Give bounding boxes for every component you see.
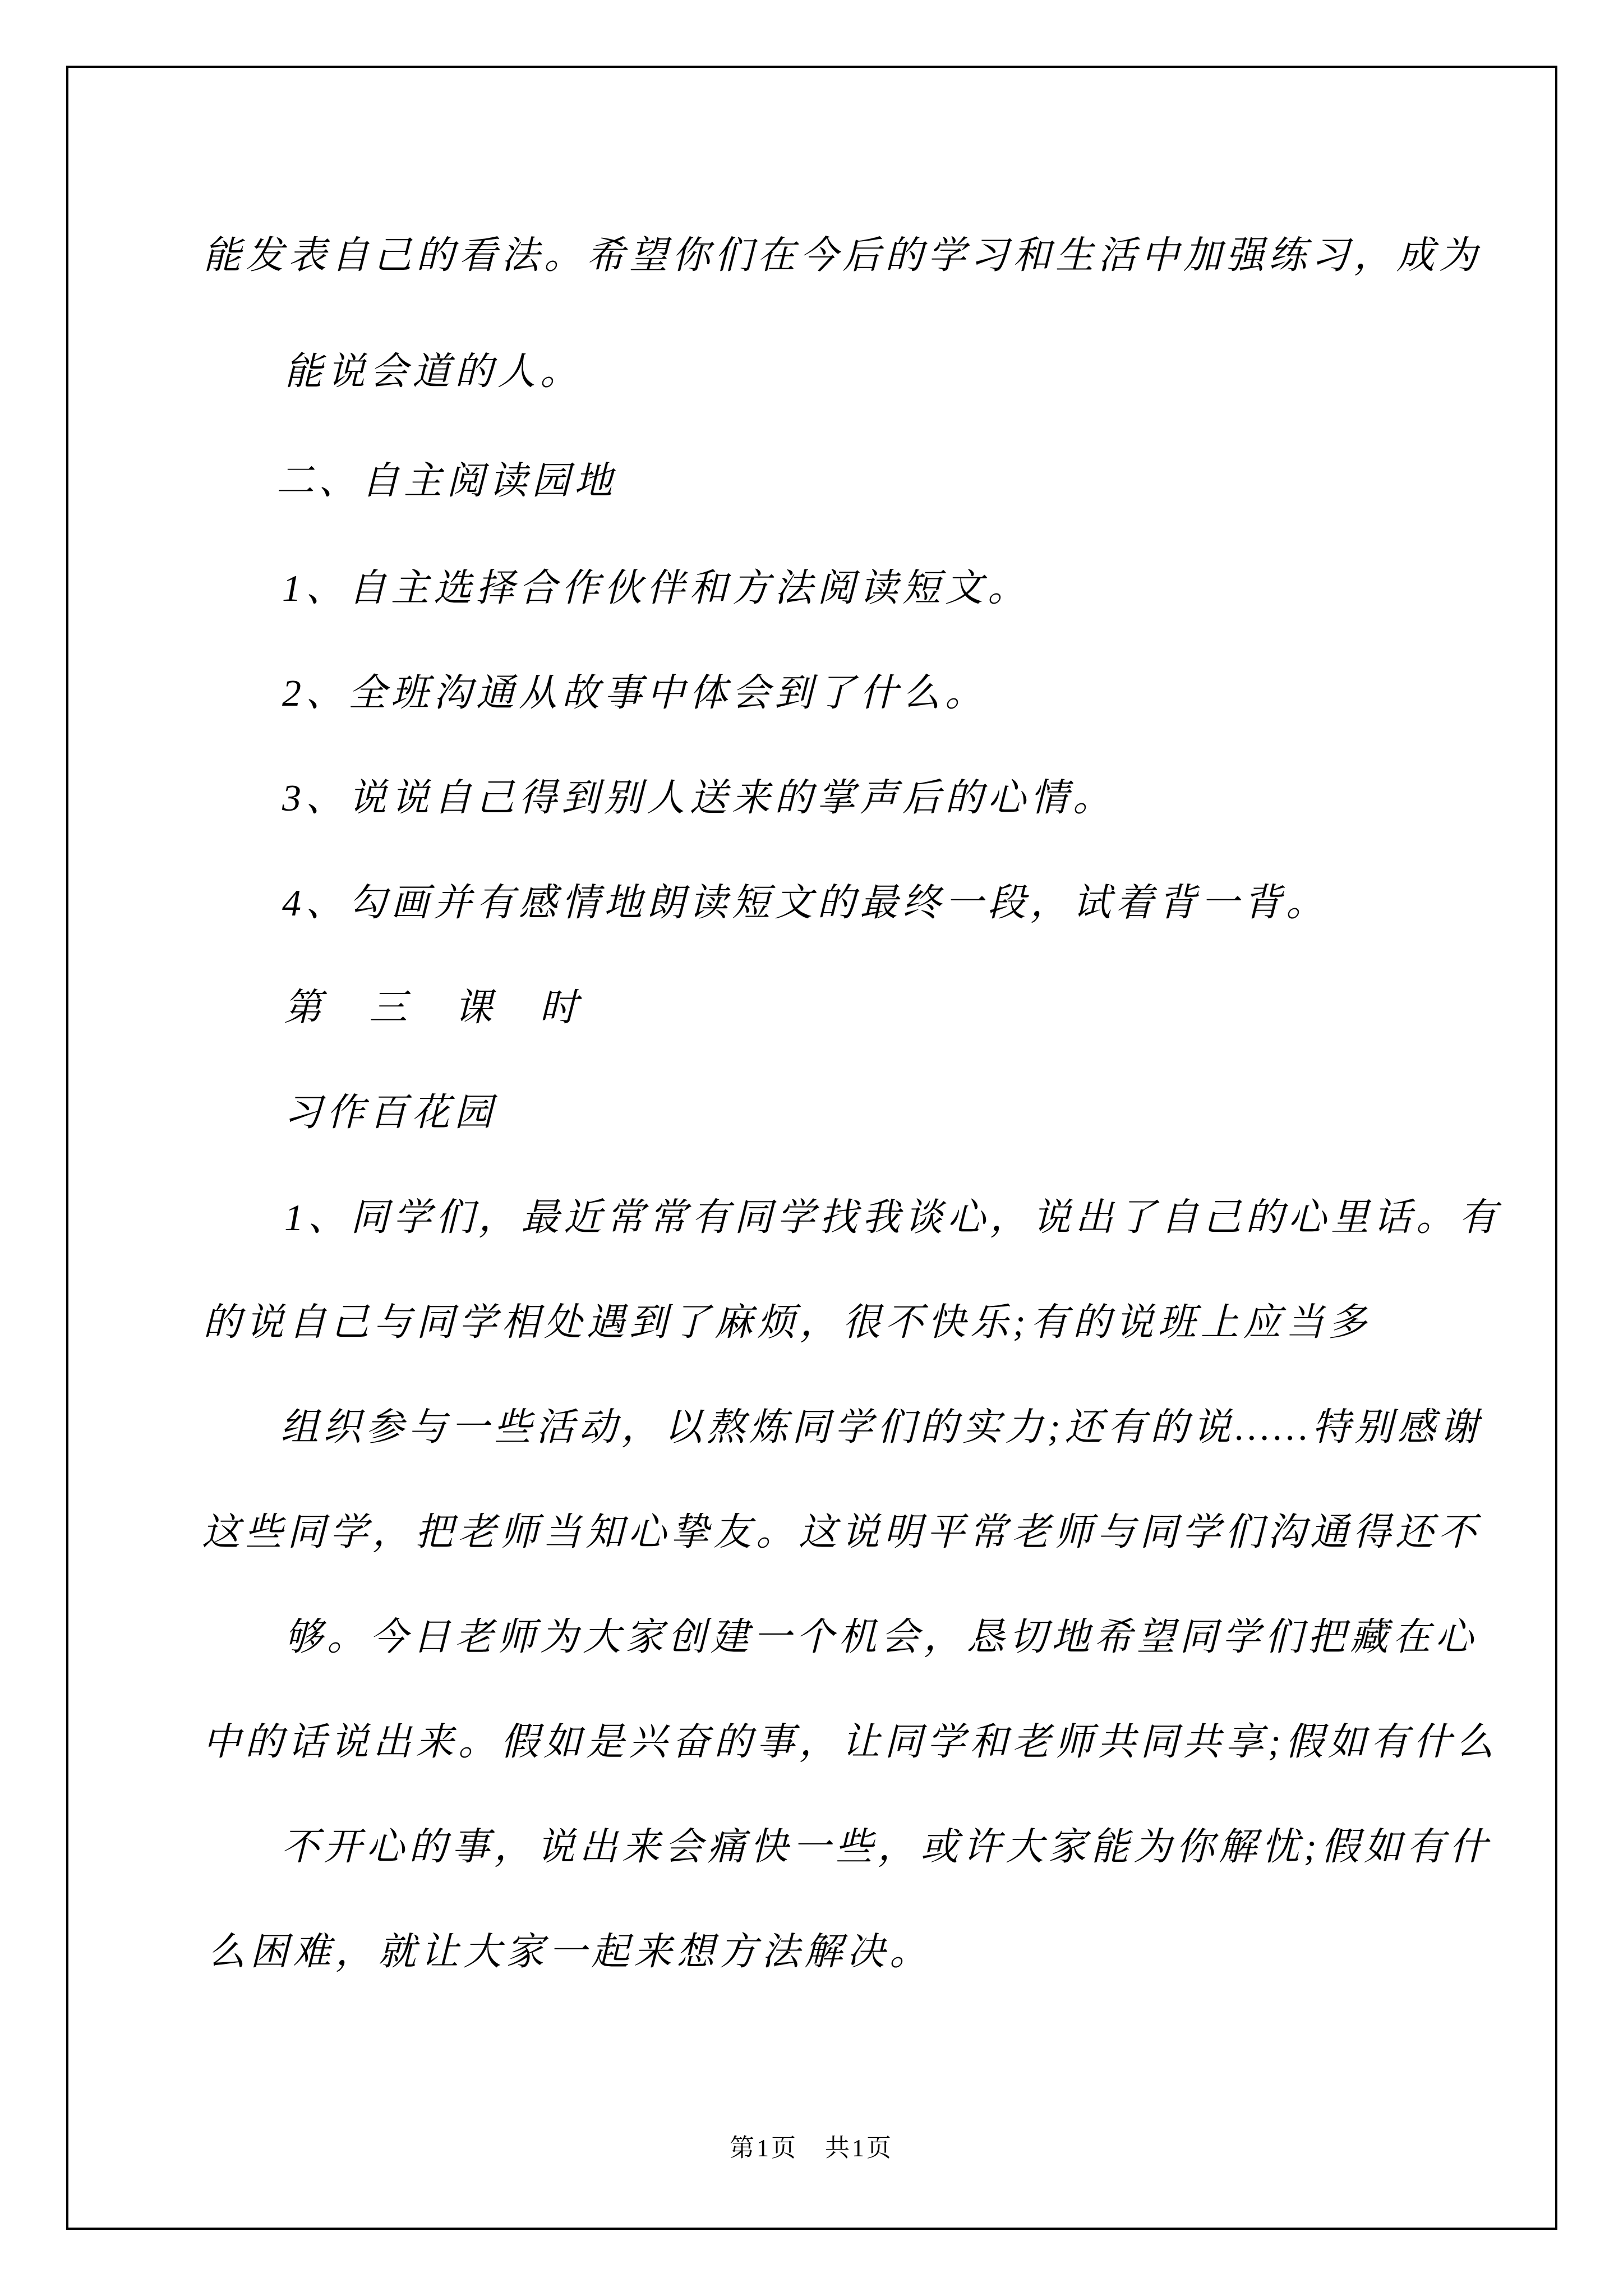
body-line: 中的话说出来。假如是兴奋的事，让同学和老师共同共享;假如有什么 bbox=[202, 1714, 1498, 1770]
body-line: 能发表自己的看法。希望你们在今后的学习和生活中加强练习，成为 bbox=[203, 227, 1482, 283]
body-line-section-heading: 第 三 课 时 bbox=[284, 979, 582, 1036]
body-line: 3、说说自己得到别人送来的掌声后的心情。 bbox=[282, 770, 1115, 826]
body-line: 么困难，就让大家一起来想方法解决。 bbox=[208, 1924, 932, 1980]
body-line-section-heading: 习作百花园 bbox=[284, 1084, 497, 1140]
body-line: 1、自主选择合作伙伴和方法阅读短文。 bbox=[282, 560, 1030, 616]
body-line: 1、同学们，最近常常有同学找我谈心，说出了自己的心里话。有 bbox=[284, 1189, 1501, 1245]
document-page: 能发表自己的看法。希望你们在今后的学习和生活中加强练习，成为 能说会道的人。 二… bbox=[0, 0, 1623, 2296]
body-line: 组织参与一些活动，以熬炼同学们的实力;还有的说……特别感谢 bbox=[280, 1399, 1483, 1455]
body-line: 4、勾画并有感情地朗读短文的最终一段，试着背一背。 bbox=[282, 875, 1329, 931]
page-number-footer: 第1页 共1页 bbox=[0, 2123, 1623, 2174]
body-line: 二、自主阅读园地 bbox=[276, 453, 617, 509]
body-line: 不开心的事，说出来会痛快一些，或许大家能为你解忧;假如有什 bbox=[281, 1819, 1492, 1875]
body-line: 这些同学，把老师当知心挚友。这说明平常老师与同学们沟通得还不 bbox=[202, 1504, 1481, 1560]
body-line: 2、全班沟通从故事中体会到了什么。 bbox=[282, 665, 988, 721]
body-line: 能说会道的人。 bbox=[284, 343, 583, 399]
body-line: 够。今日老师为大家创建一个机会，恳切地希望同学们把藏在心 bbox=[284, 1609, 1478, 1665]
body-line: 的说自己与同学相处遇到了麻烦，很不快乐;有的说班上应当多 bbox=[203, 1294, 1371, 1350]
